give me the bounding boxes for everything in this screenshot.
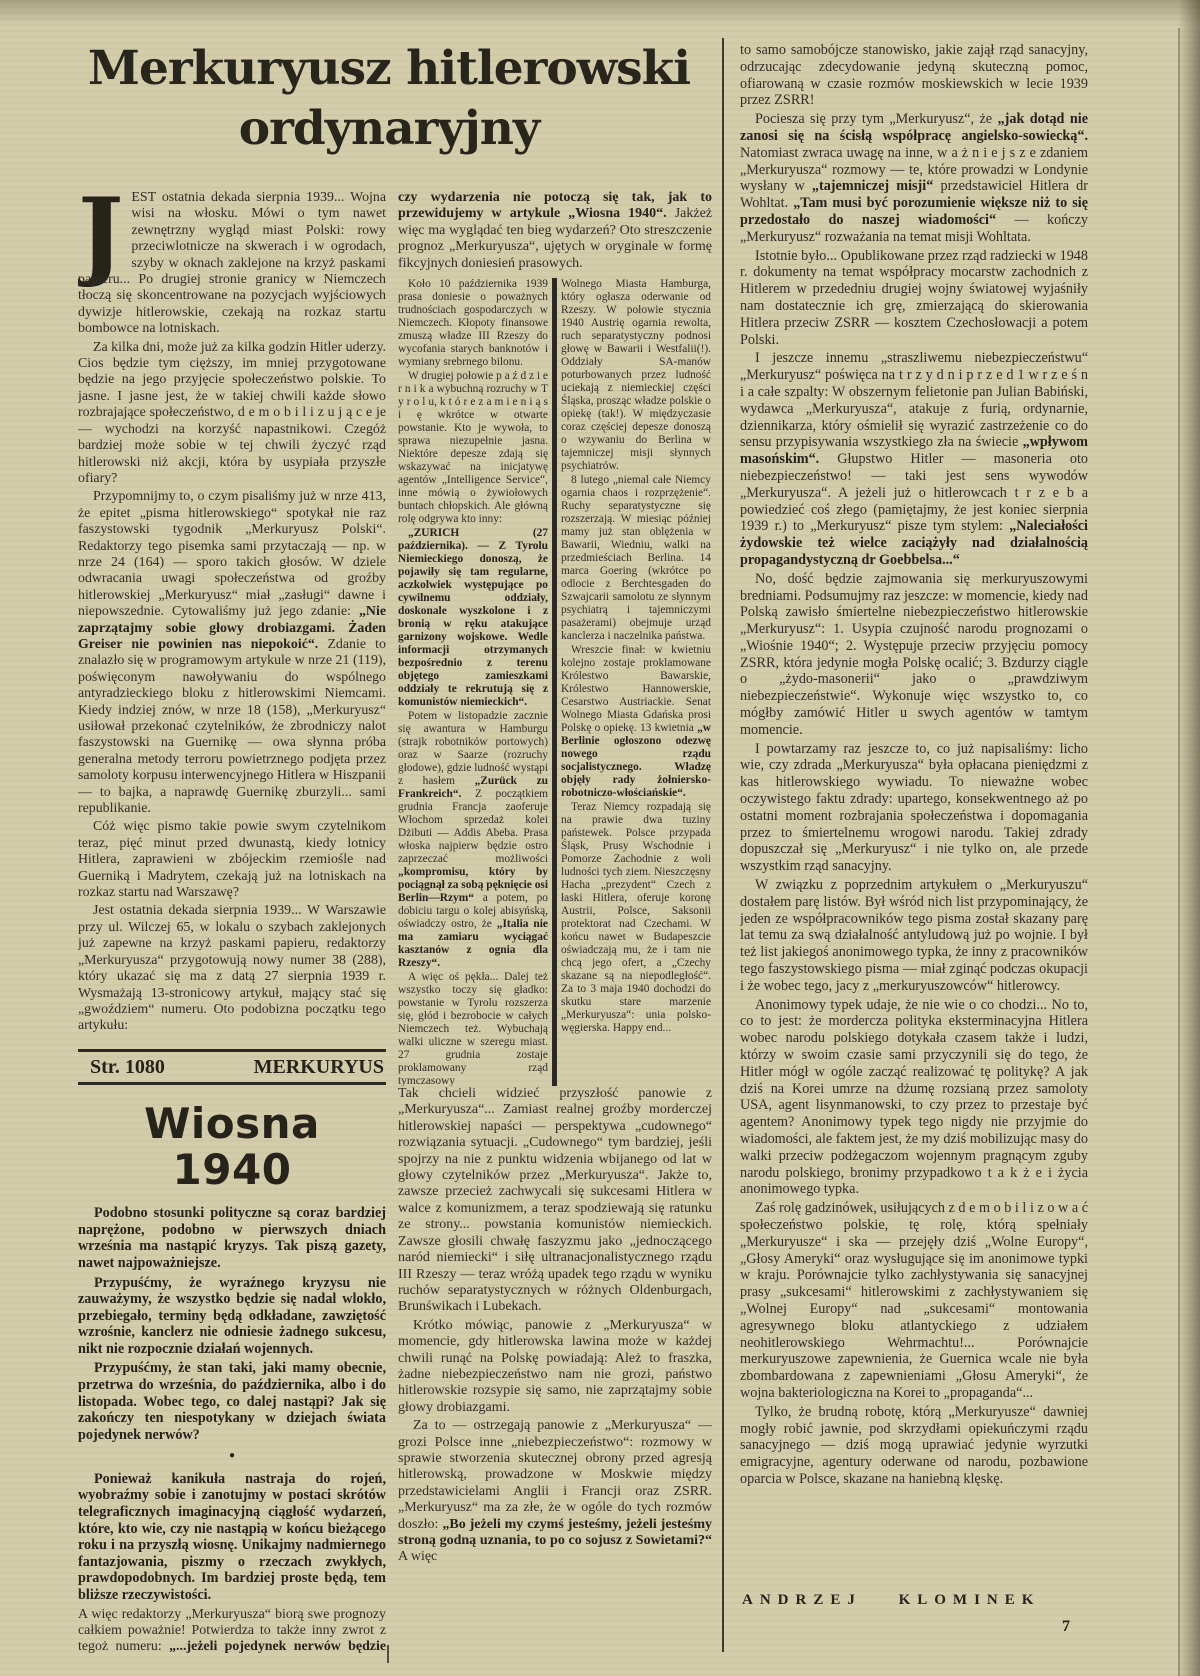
article-title: Merkuryusz hitlerowski ordynaryjny [80, 38, 698, 158]
page-right-edge-shadow [1178, 0, 1200, 1676]
subcolumn-left: Koło 10 października 1939 prasa doniesie… [398, 278, 548, 1086]
facsimile-text-top: Podobno stosunki polityczne są coraz bar… [78, 1205, 386, 1443]
paragraph: Istotnie było... Opublikowane przez rząd… [740, 248, 1088, 349]
paragraph: Ponieważ kanikuła nastraja do rojeń, wyo… [78, 1471, 386, 1604]
drop-cap: J [78, 190, 131, 272]
left-column: JEST ostatnia dekada sierpnia 1939... Wo… [78, 190, 386, 1656]
paragraph: Przypomnijmy to, o czym pisaliśmy już w … [78, 489, 386, 817]
middle-column-text: Tak chcieli widzieć przyszłość panowie z… [398, 1086, 712, 1566]
page-edge-crease [1178, 28, 1180, 1676]
paragraph: Podobno stosunki polityczne są coraz bar… [78, 1205, 386, 1271]
paragraph: Cóż więc pismo takie powie swym czytelni… [78, 819, 386, 901]
middle-column: czy wydarzenia nie potoczą się tak, jak … [398, 190, 712, 1660]
paragraph: JEST ostatnia dekada sierpnia 1939... Wo… [78, 190, 386, 338]
paragraph: to samo samobójcze stanowisko, jakie zaj… [740, 42, 1088, 109]
paragraph: Zaś rolę gadzinówek, usiłujących z d e m… [740, 1200, 1088, 1402]
article-title-line1: Merkuryusz hitlerowski [80, 38, 698, 100]
paragraph: Pociesza się przy tym „Merkuryusz“, że „… [740, 111, 1088, 245]
paragraph: A więc oś pękła... Dalej też wszystko to… [398, 971, 548, 1086]
left-column-bottom-text: A więc redaktorzy „Merkuryusza“ biorą sw… [78, 1607, 386, 1656]
article-title-line2: ordynaryjny [80, 100, 698, 158]
paragraph: I jeszcze innemu „straszliwemu niebezpie… [740, 350, 1088, 568]
facsimile-text-bottom: Ponieważ kanikuła nastraja do rojeń, wyo… [78, 1471, 386, 1604]
paragraph: Wolnego Miasta Hamburga, który ogłasza o… [561, 278, 711, 473]
paragraph: czy wydarzenia nie potoczą się tak, jak … [398, 190, 712, 272]
newspaper-page: Merkuryusz hitlerowski ordynaryjny JEST … [0, 0, 1200, 1676]
paragraph: Za kilka dni, może już za kilka godzin H… [78, 340, 386, 488]
left-column-top-text: JEST ostatnia dekada sierpnia 1939... Wo… [78, 190, 386, 1035]
paragraph: Krótko mówiąc, panowie z „Merkuryusza“ w… [398, 1318, 712, 1416]
author-byline: ANDRZEJ KLOMINEK [742, 1592, 1088, 1609]
subcolumn-divider-bar [552, 278, 557, 1086]
paragraph: W drugiej połowie p a ź d z i e r n i k … [398, 370, 548, 526]
paragraph: Teraz Niemcy rozpadają się na prawie dwa… [561, 801, 711, 1035]
paragraph: I powtarzamy raz jeszcze to, co już napi… [740, 741, 1088, 875]
paragraph: Jest ostatnia dekada sierpnia 1939... W … [78, 903, 386, 1034]
paragraph: Za to — ostrzegają panowie z „Merkuryusz… [398, 1418, 712, 1566]
page-top-shadow [0, 0, 1200, 26]
facsimile-masthead: MERKURYUS [254, 1059, 384, 1075]
middle-column-lead: czy wydarzenia nie potoczą się tak, jak … [398, 190, 712, 272]
facsimile-headline: Wiosna 1940 [78, 1101, 386, 1193]
paragraph: A więc redaktorzy „Merkuryusza“ biorą sw… [78, 1607, 386, 1656]
page-number: 7 [1010, 1618, 1070, 1636]
paragraph: No, dość będzie zajmowania się merkuryus… [740, 571, 1088, 739]
paragraph: „ZURICH (27 października). — Z Tyrolu Ni… [398, 527, 548, 709]
quoted-dispatch-subcolumns: Koło 10 października 1939 prasa doniesie… [398, 278, 712, 1086]
right-column: to samo samobójcze stanowisko, jakie zaj… [740, 42, 1088, 1590]
paragraph: Przypuśćmy, że wyraźnego kryzysu nie zau… [78, 1275, 386, 1358]
facsimile-box: Str. 1080 MERKURYUS Wiosna 1940 Podobno … [78, 1049, 386, 1604]
print-mark [387, 1645, 389, 1663]
paragraph: W związku z poprzednim artykułem o „Merk… [740, 877, 1088, 995]
paragraph: Anonimowy typek udaje, że nie wie o co c… [740, 997, 1088, 1199]
subcolumn-right: Wolnego Miasta Hamburga, który ogłasza o… [561, 278, 711, 1086]
facsimile-page-label: Str. 1080 [90, 1059, 165, 1075]
column-divider-rule [722, 38, 724, 1652]
paragraph: Potem w listopadzie zacznie się awantura… [398, 710, 548, 970]
paragraph: Wreszcie finał: w kwietniu kolejno zosta… [561, 644, 711, 800]
section-separator-dot: ● [78, 1448, 386, 1464]
paragraph: Koło 10 października 1939 prasa doniesie… [398, 278, 548, 369]
facsimile-header: Str. 1080 MERKURYUS [78, 1049, 386, 1085]
paragraph: 8 lutego „niemal całe Niemcy ogarnia cha… [561, 474, 711, 643]
paragraph: Tylko, że brudną robotę, którą „Merkuryu… [740, 1404, 1088, 1488]
right-column-text: to samo samobójcze stanowisko, jakie zaj… [740, 42, 1088, 1488]
paragraph: Przypuśćmy, że stan taki, jaki mamy obec… [78, 1360, 386, 1443]
paragraph: Tak chcieli widzieć przyszłość panowie z… [398, 1086, 712, 1316]
